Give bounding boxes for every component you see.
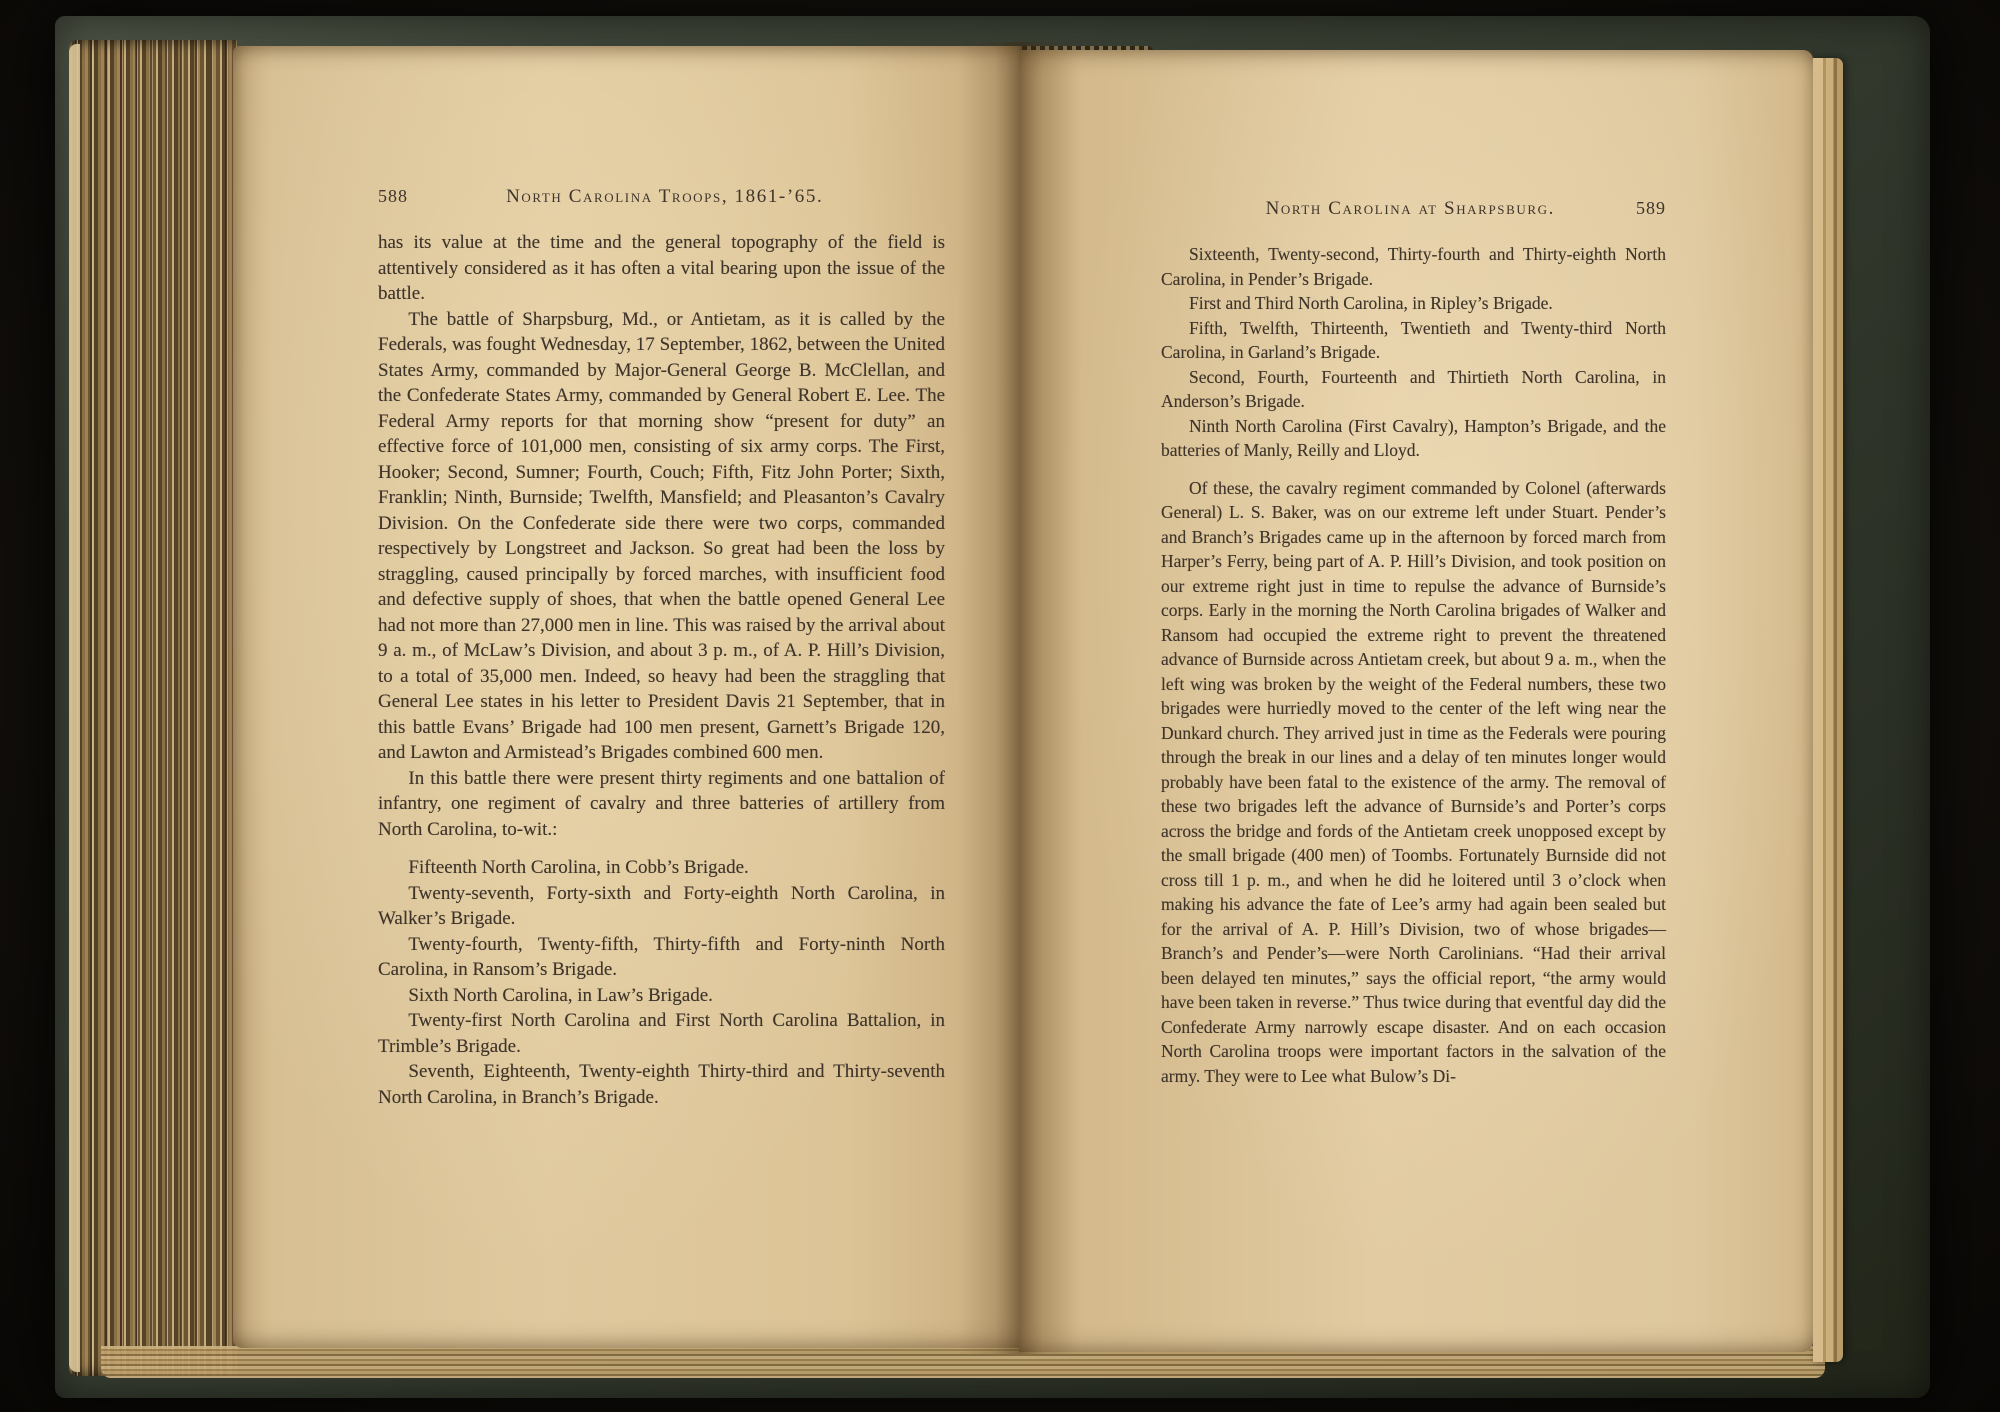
paragraph: Ninth North Carolina (First Cavalry), Ha…: [1161, 414, 1666, 463]
book-cover: 588 North Carolina Troops, 1861-’65. has…: [55, 16, 1930, 1398]
paragraph: Second, Fourth, Fourteenth and Thirtieth…: [1161, 365, 1666, 414]
paragraph: Fifteenth North Carolina, in Cobb’s Brig…: [378, 855, 945, 881]
page-edges-lining: [69, 44, 80, 1372]
paragraph: First and Third North Carolina, in Riple…: [1161, 291, 1666, 316]
paragraph: has its value at the time and the genera…: [378, 230, 945, 307]
page-edges-right: [1813, 58, 1843, 1362]
book-photo: 588 North Carolina Troops, 1861-’65. has…: [0, 0, 2000, 1412]
paragraph: Sixth North Carolina, in Law’s Brigade.: [378, 983, 945, 1009]
left-page-body: has its value at the time and the genera…: [378, 230, 945, 1110]
paragraph: Fifth, Twelfth, Thirteenth, Twentieth an…: [1161, 316, 1666, 365]
paragraph: Twenty-fourth, Twenty-fifth, Thirty-fift…: [378, 932, 945, 983]
running-head: North Carolina Troops, 1861-’65.: [436, 186, 894, 208]
left-page: 588 North Carolina Troops, 1861-’65. has…: [233, 46, 1019, 1348]
paragraph: Sixteenth, Twenty-second, Thirty-fourth …: [1161, 242, 1666, 291]
paragraph: Twenty-first North Carolina and First No…: [378, 1008, 945, 1059]
right-page: North Carolina at Sharpsburg. 589 Sixtee…: [1019, 50, 1813, 1352]
right-page-header: North Carolina at Sharpsburg. 589: [1161, 198, 1666, 220]
page-edges-fore-edge: [69, 40, 237, 1376]
paragraph: Seventh, Eighteenth, Twenty-eighth Thirt…: [378, 1059, 945, 1110]
paragraph: In this battle there were present thirty…: [378, 766, 945, 843]
right-page-body: Sixteenth, Twenty-second, Thirty-fourth …: [1161, 242, 1666, 1088]
paragraph: Of these, the cavalry regiment commanded…: [1161, 476, 1666, 1089]
paragraph: Twenty-seventh, Forty-sixth and Forty-ei…: [378, 881, 945, 932]
page-number: 589: [1608, 198, 1666, 219]
left-page-header: 588 North Carolina Troops, 1861-’65.: [378, 186, 945, 208]
paragraph: The battle of Sharpsburg, Md., or Antiet…: [378, 307, 945, 766]
page-number: 588: [378, 186, 436, 207]
right-page-content: North Carolina at Sharpsburg. 589 Sixtee…: [1161, 198, 1666, 1088]
running-head: North Carolina at Sharpsburg.: [1212, 198, 1608, 220]
left-page-content: 588 North Carolina Troops, 1861-’65. has…: [378, 186, 945, 1110]
